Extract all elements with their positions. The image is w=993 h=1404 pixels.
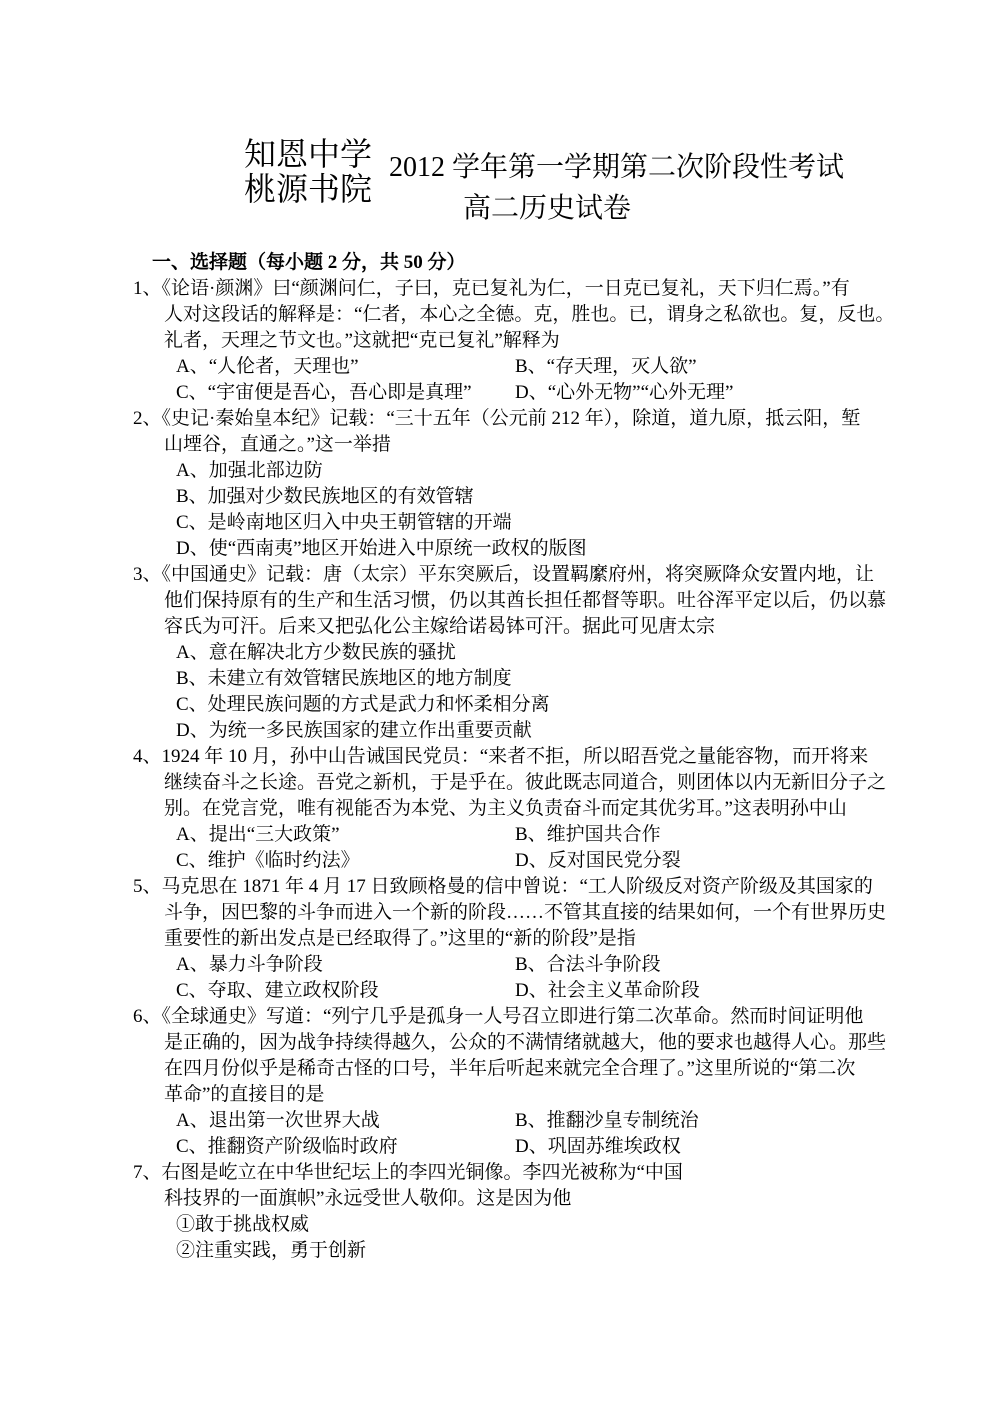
questions-list: 1、《论语·颜渊》曰“颜渊问仁，子曰，克已复礼为仁，一日克已复礼，天下归仁焉。”… (0, 276, 993, 1264)
option: D、为统一多民族国家的建立作出重要贡献 (0, 718, 993, 744)
option: A、“人伦者，天理也” (176, 354, 515, 380)
question-5-text-line: 斗争，因巴黎的斗争而进入一个新的阶段……不管其直接的结果如何，一个有世界历史 (0, 900, 993, 926)
exam-body: 一、选择题（每小题 2 分，共 50 分） 1、《论语·颜渊》曰“颜渊问仁，子曰… (0, 250, 993, 1264)
question-6: 6、《全球通史》写道：“列宁几乎是孤身一人号召立即进行第二次革命。然而时间证明他… (0, 1004, 993, 1160)
option: D、社会主义革命阶段 (515, 980, 700, 1001)
option: B、“存天理，灭人欲” (515, 356, 697, 377)
question-1-text-line: 礼者，天理之节文也。”这就把“克已复礼”解释为 (0, 328, 993, 354)
question-5-option-row: A、暴力斗争阶段B、合法斗争阶段 (0, 952, 993, 978)
option: C、维护《临时约法》 (176, 848, 515, 874)
option: ①敢于挑战权威 (0, 1212, 993, 1238)
option: B、维护国共合作 (515, 824, 661, 845)
option: C、是岭南地区归入中央王朝管辖的开端 (0, 510, 993, 536)
question-3: 3、《中国通史》记载：唐（太宗）平东突厥后，设置羁縻府州，将突厥降众安置内地，让… (0, 562, 993, 744)
question-3-text-line: 他们保持原有的生产和生活习惯，仍以其酋长担任都督等职。吐谷浑平定以后，仍以慕 (0, 588, 993, 614)
question-2-text-line: 山堙谷，直通之。”这一举措 (0, 432, 993, 458)
question-4-text-line: 4、1924 年 10 月，孙中山告诫国民党员：“来者不拒，所以昭吾党之量能容物… (0, 744, 993, 770)
option: A、退出第一次世界大战 (176, 1108, 515, 1134)
question-7-text-line: 7、右图是屹立在中华世纪坛上的李四光铜像。李四光被称为“中国 (0, 1160, 993, 1186)
option: D、巩固苏维埃政权 (515, 1136, 681, 1157)
question-1: 1、《论语·颜渊》曰“颜渊问仁，子曰，克已复礼为仁，一日克已复礼，天下归仁焉。”… (0, 276, 993, 406)
exam-title: 2012 学年第一学期第二次阶段性考试 (389, 151, 844, 185)
question-1-text-line: 人对这段话的解释是：“仁者，本心之全德。克，胜也。已，谓身之私欲也。复，反也。 (0, 302, 993, 328)
question-7: 7、右图是屹立在中华世纪坛上的李四光铜像。李四光被称为“中国科技界的一面旗帜”永… (0, 1160, 993, 1264)
exam-subtitle: 高二历史试卷 (463, 192, 631, 226)
option: D、反对国民党分裂 (515, 850, 681, 871)
question-7-text-line: 科技界的一面旗帜”永远受世人敬仰。这是因为他 (0, 1186, 993, 1212)
option: A、提出“三大政策” (176, 822, 515, 848)
question-4-text-line: 继续奋斗之长途。吾党之新机，于是乎在。彼此既志同道合，则团体以内无新旧分子之 (0, 770, 993, 796)
option: C、夺取、建立政权阶段 (176, 978, 515, 1004)
question-5: 5、马克思在 1871 年 4 月 17 日致顾格曼的信中曾说：“工人阶级反对资… (0, 874, 993, 1004)
option: A、意在解决北方少数民族的骚扰 (0, 640, 993, 666)
question-5-text-line: 重要性的新出发点是已经取得了。”这里的“新的阶段”是指 (0, 926, 993, 952)
question-6-text-line: 在四月份似乎是稀奇古怪的口号，半年后听起来就完全合理了。”这里所说的“第二次 (0, 1056, 993, 1082)
school-name-line2: 桃源书院 (244, 172, 372, 207)
option: D、“心外无物”“心外无理” (515, 382, 733, 403)
question-2-text-line: 2、《史记·秦始皇本纪》记载：“三十五年（公元前 212 年），除道，道九原，抵… (0, 406, 993, 432)
question-2: 2、《史记·秦始皇本纪》记载：“三十五年（公元前 212 年），除道，道九原，抵… (0, 406, 993, 562)
option: ②注重实践，勇于创新 (0, 1238, 993, 1264)
question-4-option-row: C、维护《临时约法》D、反对国民党分裂 (0, 848, 993, 874)
question-1-option-row: A、“人伦者，天理也”B、“存天理，灭人欲” (0, 354, 993, 380)
question-4-text-line: 别。在党言党，唯有视能否为本党、为主义负责奋斗而定其优劣耳。”这表明孙中山 (0, 796, 993, 822)
question-3-text-line: 3、《中国通史》记载：唐（太宗）平东突厥后，设置羁縻府州，将突厥降众安置内地，让 (0, 562, 993, 588)
exam-page: 知恩中学 桃源书院 2012 学年第一学期第二次阶段性考试 高二历史试卷 一、选… (0, 0, 993, 1404)
option: A、加强北部边防 (0, 458, 993, 484)
option: A、暴力斗争阶段 (176, 952, 515, 978)
question-4: 4、1924 年 10 月，孙中山告诫国民党员：“来者不拒，所以昭吾党之量能容物… (0, 744, 993, 874)
question-3-text-line: 容氏为可汗。后来又把弘化公主嫁给诺曷钵可汗。据此可见唐太宗 (0, 614, 993, 640)
question-1-option-row: C、“宇宙便是吾心，吾心即是真理”D、“心外无物”“心外无理” (0, 380, 993, 406)
option: B、加强对少数民族地区的有效管辖 (0, 484, 993, 510)
school-name: 知恩中学 桃源书院 (244, 137, 372, 207)
question-6-option-row: C、推翻资产阶级临时政府D、巩固苏维埃政权 (0, 1134, 993, 1160)
option: B、未建立有效管辖民族地区的地方制度 (0, 666, 993, 692)
question-6-option-row: A、退出第一次世界大战B、推翻沙皇专制统治 (0, 1108, 993, 1134)
school-name-line1: 知恩中学 (244, 137, 372, 172)
section-heading: 一、选择题（每小题 2 分，共 50 分） (0, 250, 993, 276)
question-5-option-row: C、夺取、建立政权阶段D、社会主义革命阶段 (0, 978, 993, 1004)
option: B、推翻沙皇专制统治 (515, 1110, 699, 1131)
question-4-option-row: A、提出“三大政策”B、维护国共合作 (0, 822, 993, 848)
question-6-text-line: 6、《全球通史》写道：“列宁几乎是孤身一人号召立即进行第二次革命。然而时间证明他 (0, 1004, 993, 1030)
option: C、“宇宙便是吾心，吾心即是真理” (176, 380, 515, 406)
question-5-text-line: 5、马克思在 1871 年 4 月 17 日致顾格曼的信中曾说：“工人阶级反对资… (0, 874, 993, 900)
question-6-text-line: 是正确的，因为战争持续得越久，公众的不满情绪就越大，他的要求也越得人心。那些 (0, 1030, 993, 1056)
option: B、合法斗争阶段 (515, 954, 661, 975)
option: C、处理民族问题的方式是武力和怀柔相分离 (0, 692, 993, 718)
question-6-text-line: 革命”的直接目的是 (0, 1082, 993, 1108)
option: C、推翻资产阶级临时政府 (176, 1134, 515, 1160)
option: D、使“西南夷”地区开始进入中原统一政权的版图 (0, 536, 993, 562)
question-1-text-line: 1、《论语·颜渊》曰“颜渊问仁，子曰，克已复礼为仁，一日克已复礼，天下归仁焉。”… (0, 276, 993, 302)
